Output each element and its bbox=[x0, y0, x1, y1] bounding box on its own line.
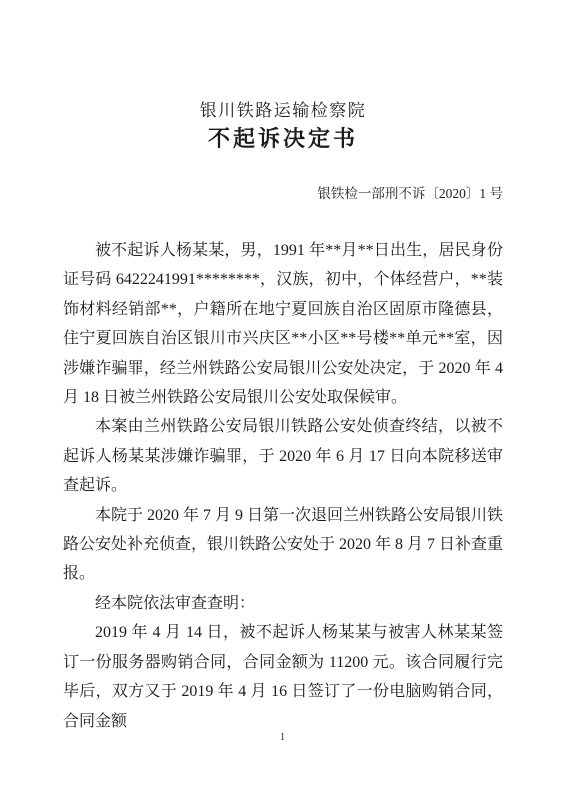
paragraph-findings-heading: 经本院依法审查查明： bbox=[63, 589, 503, 618]
paragraph-supplementary-investigation: 本院于 2020 年 7 月 9 日第一次退回兰州铁路公安局银川铁路公安处补充侦… bbox=[63, 501, 503, 589]
organization-title: 银川铁路运输检察院 bbox=[63, 100, 503, 122]
paragraph-defendant-info: 被不起诉人杨某某，男，1991 年**月**日出生，居民身份证号码 642224… bbox=[63, 236, 503, 412]
document-body: 被不起诉人杨某某，男，1991 年**月**日出生，居民身份证号码 642224… bbox=[63, 236, 503, 736]
paragraph-contract-facts: 2019 年 4 月 14 日，被不起诉人杨某某与被害人林某某签订一份服务器购销… bbox=[63, 618, 503, 736]
document-title: 不起诉决定书 bbox=[63, 125, 503, 153]
paragraph-case-transfer: 本案由兰州铁路公安局银川铁路公安处侦查终结，以被不起诉人杨某某涉嫌诈骗罪，于 2… bbox=[63, 412, 503, 500]
page-number: 1 bbox=[0, 732, 565, 743]
document-number: 银铁检一部刑不诉〔2020〕1 号 bbox=[63, 185, 503, 203]
document-page: 银川铁路运输检察院 不起诉决定书 银铁检一部刑不诉〔2020〕1 号 被不起诉人… bbox=[0, 0, 565, 800]
